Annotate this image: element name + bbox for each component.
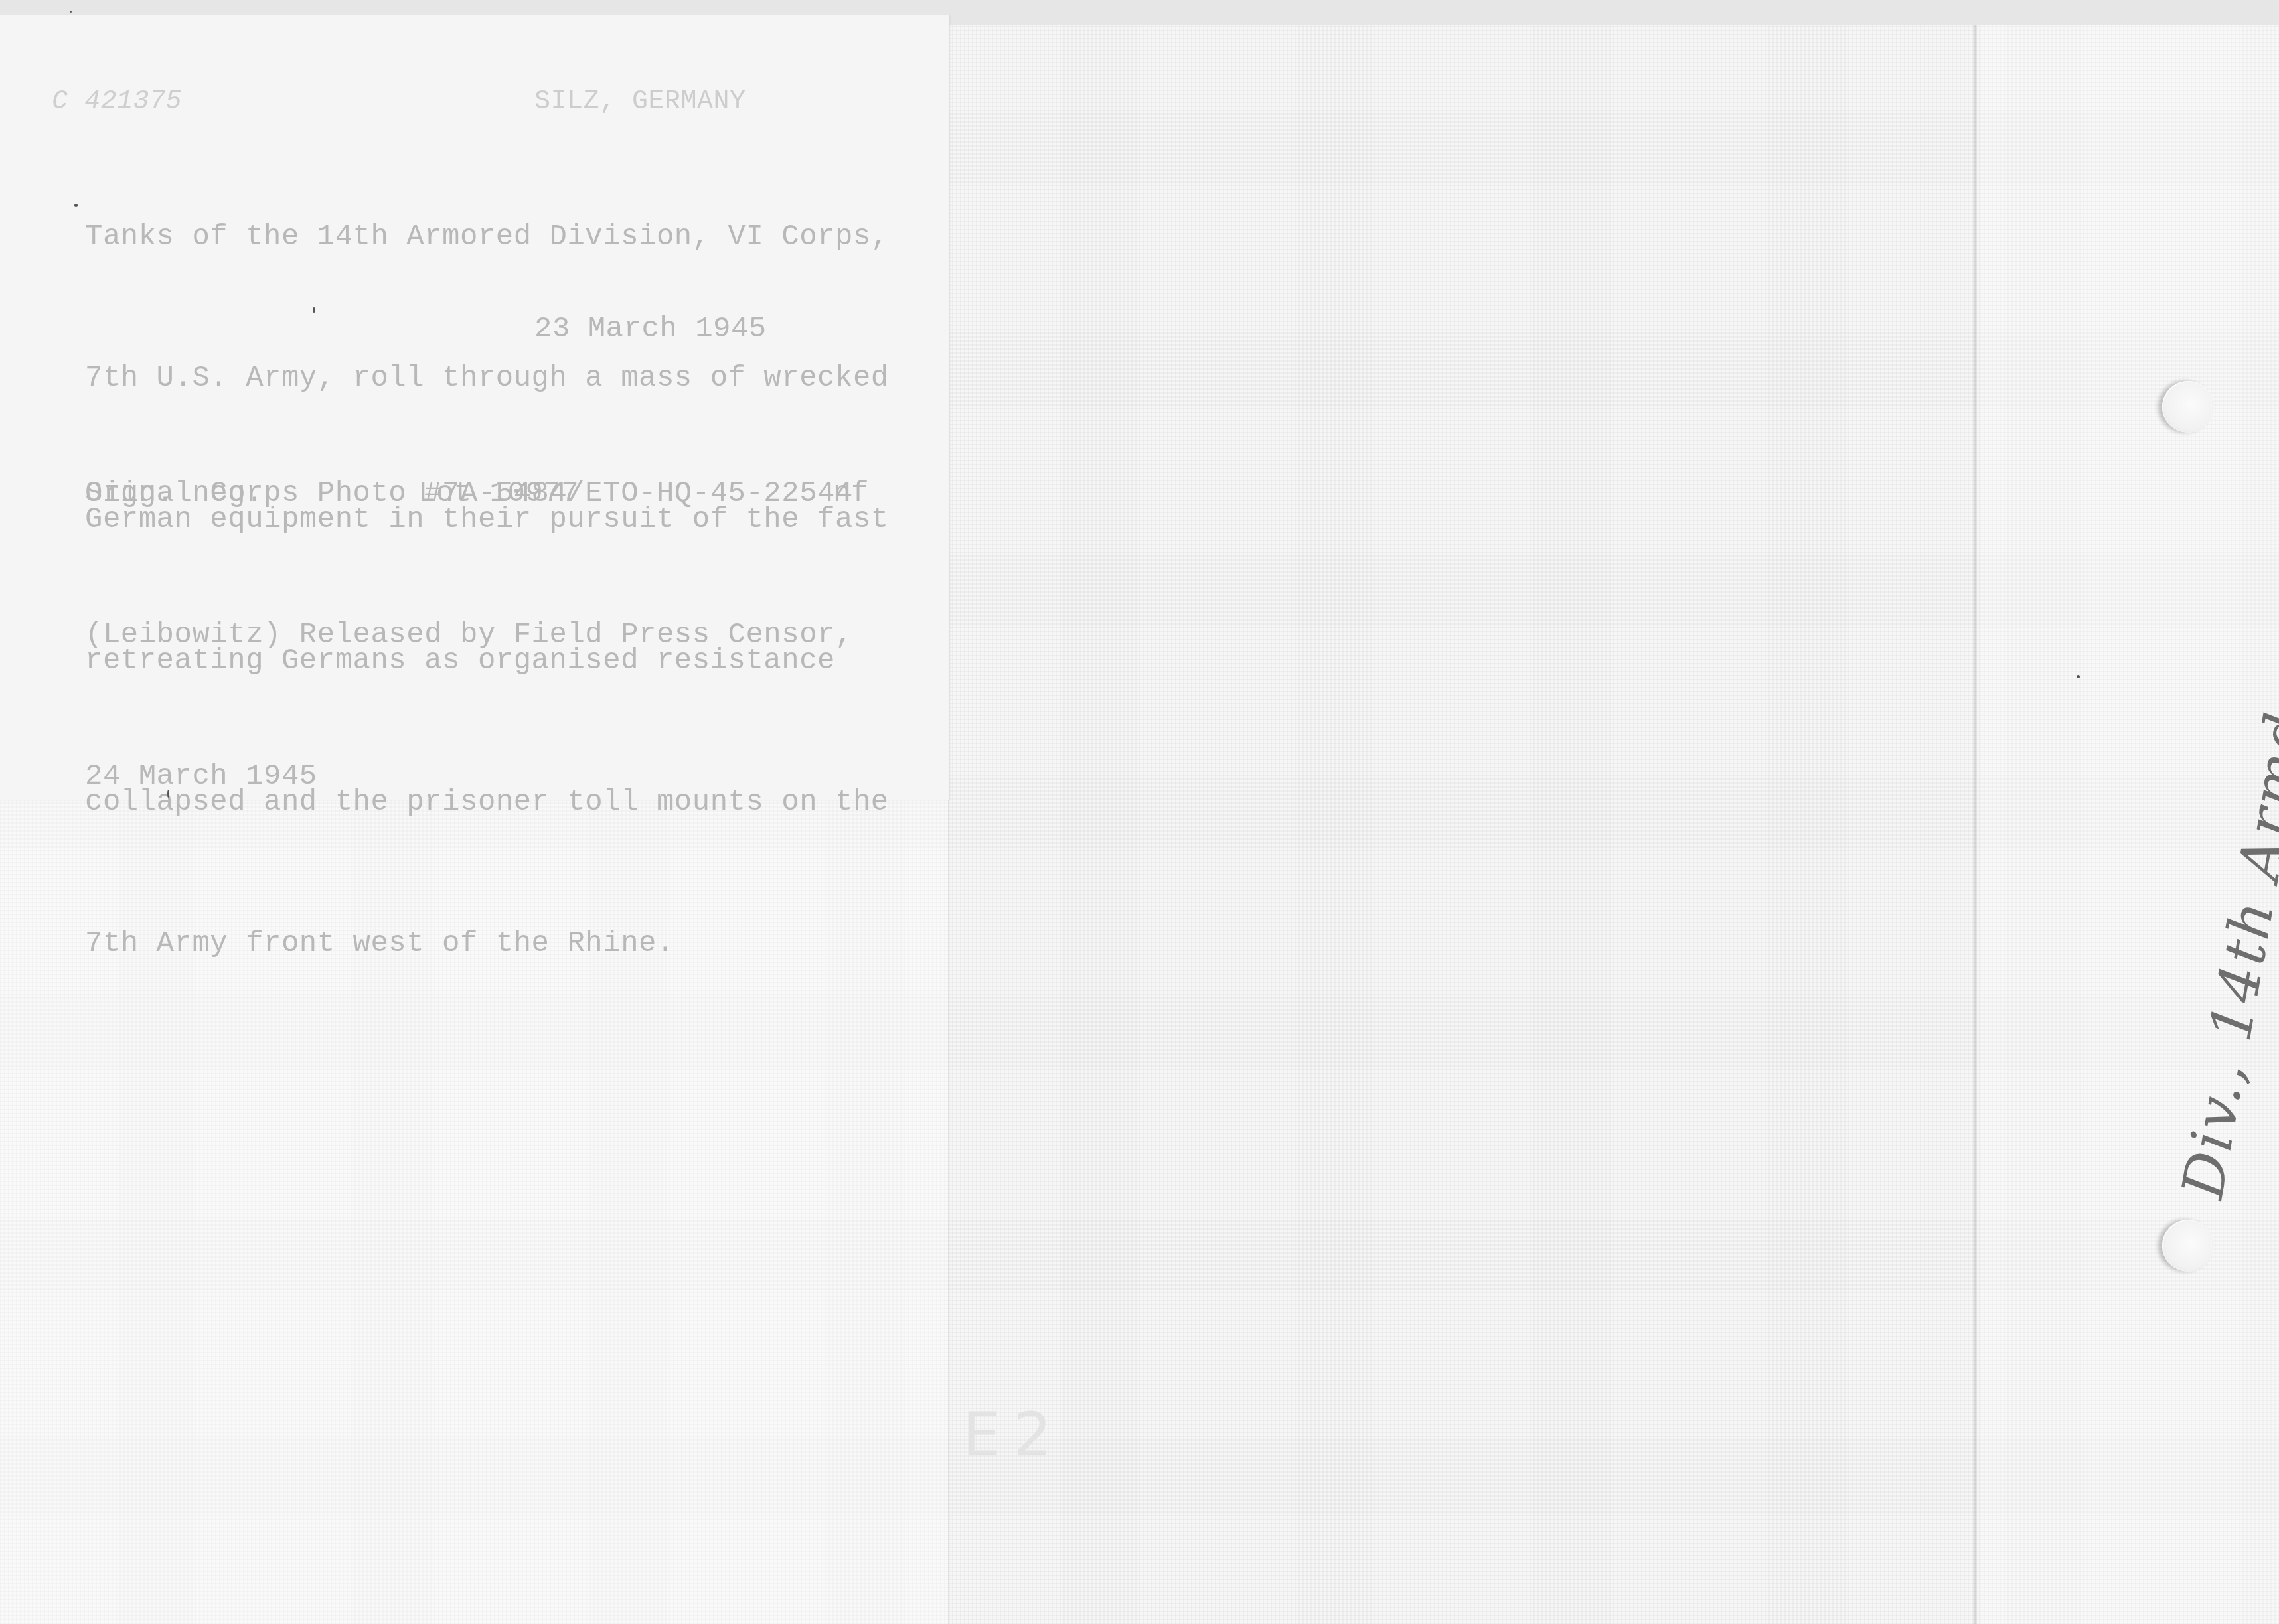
- photo-credit-block: Signal Corps Photo #7A-5484/ETO-HQ-45-22…: [85, 376, 853, 895]
- punch-hole-top: [2162, 381, 2214, 433]
- caption-date: 23 March 1945: [534, 307, 767, 352]
- caption-slip: C 421375 SILZ, GERMANY Tanks of the 14th…: [0, 15, 949, 800]
- caption-line: 7th Army front west of the Rhine.: [85, 921, 889, 968]
- punch-hole-bottom: [2162, 1220, 2214, 1272]
- dust-speck: [74, 204, 78, 207]
- pencil-mark: E2: [963, 1400, 1065, 1470]
- caption-line: Tanks of the 14th Armored Division, VI C…: [85, 214, 889, 261]
- credit-line: (Leibowitz) Released by Field Press Cens…: [85, 612, 853, 659]
- dust-speck: [167, 790, 169, 798]
- catalog-number: C 421375: [52, 80, 182, 125]
- dust-speck: [2077, 675, 2080, 678]
- spine-fold: [1973, 25, 1980, 1624]
- typist-initials: nf: [833, 471, 869, 516]
- location-heading: SILZ, GERMANY: [534, 80, 746, 125]
- lot-number: Lot 10977: [418, 471, 579, 516]
- credit-line: 24 March 1945: [85, 753, 853, 800]
- dust-speck: [313, 307, 315, 313]
- original-negative-label: Orig. neg.: [85, 471, 264, 516]
- dust-speck: [70, 11, 72, 13]
